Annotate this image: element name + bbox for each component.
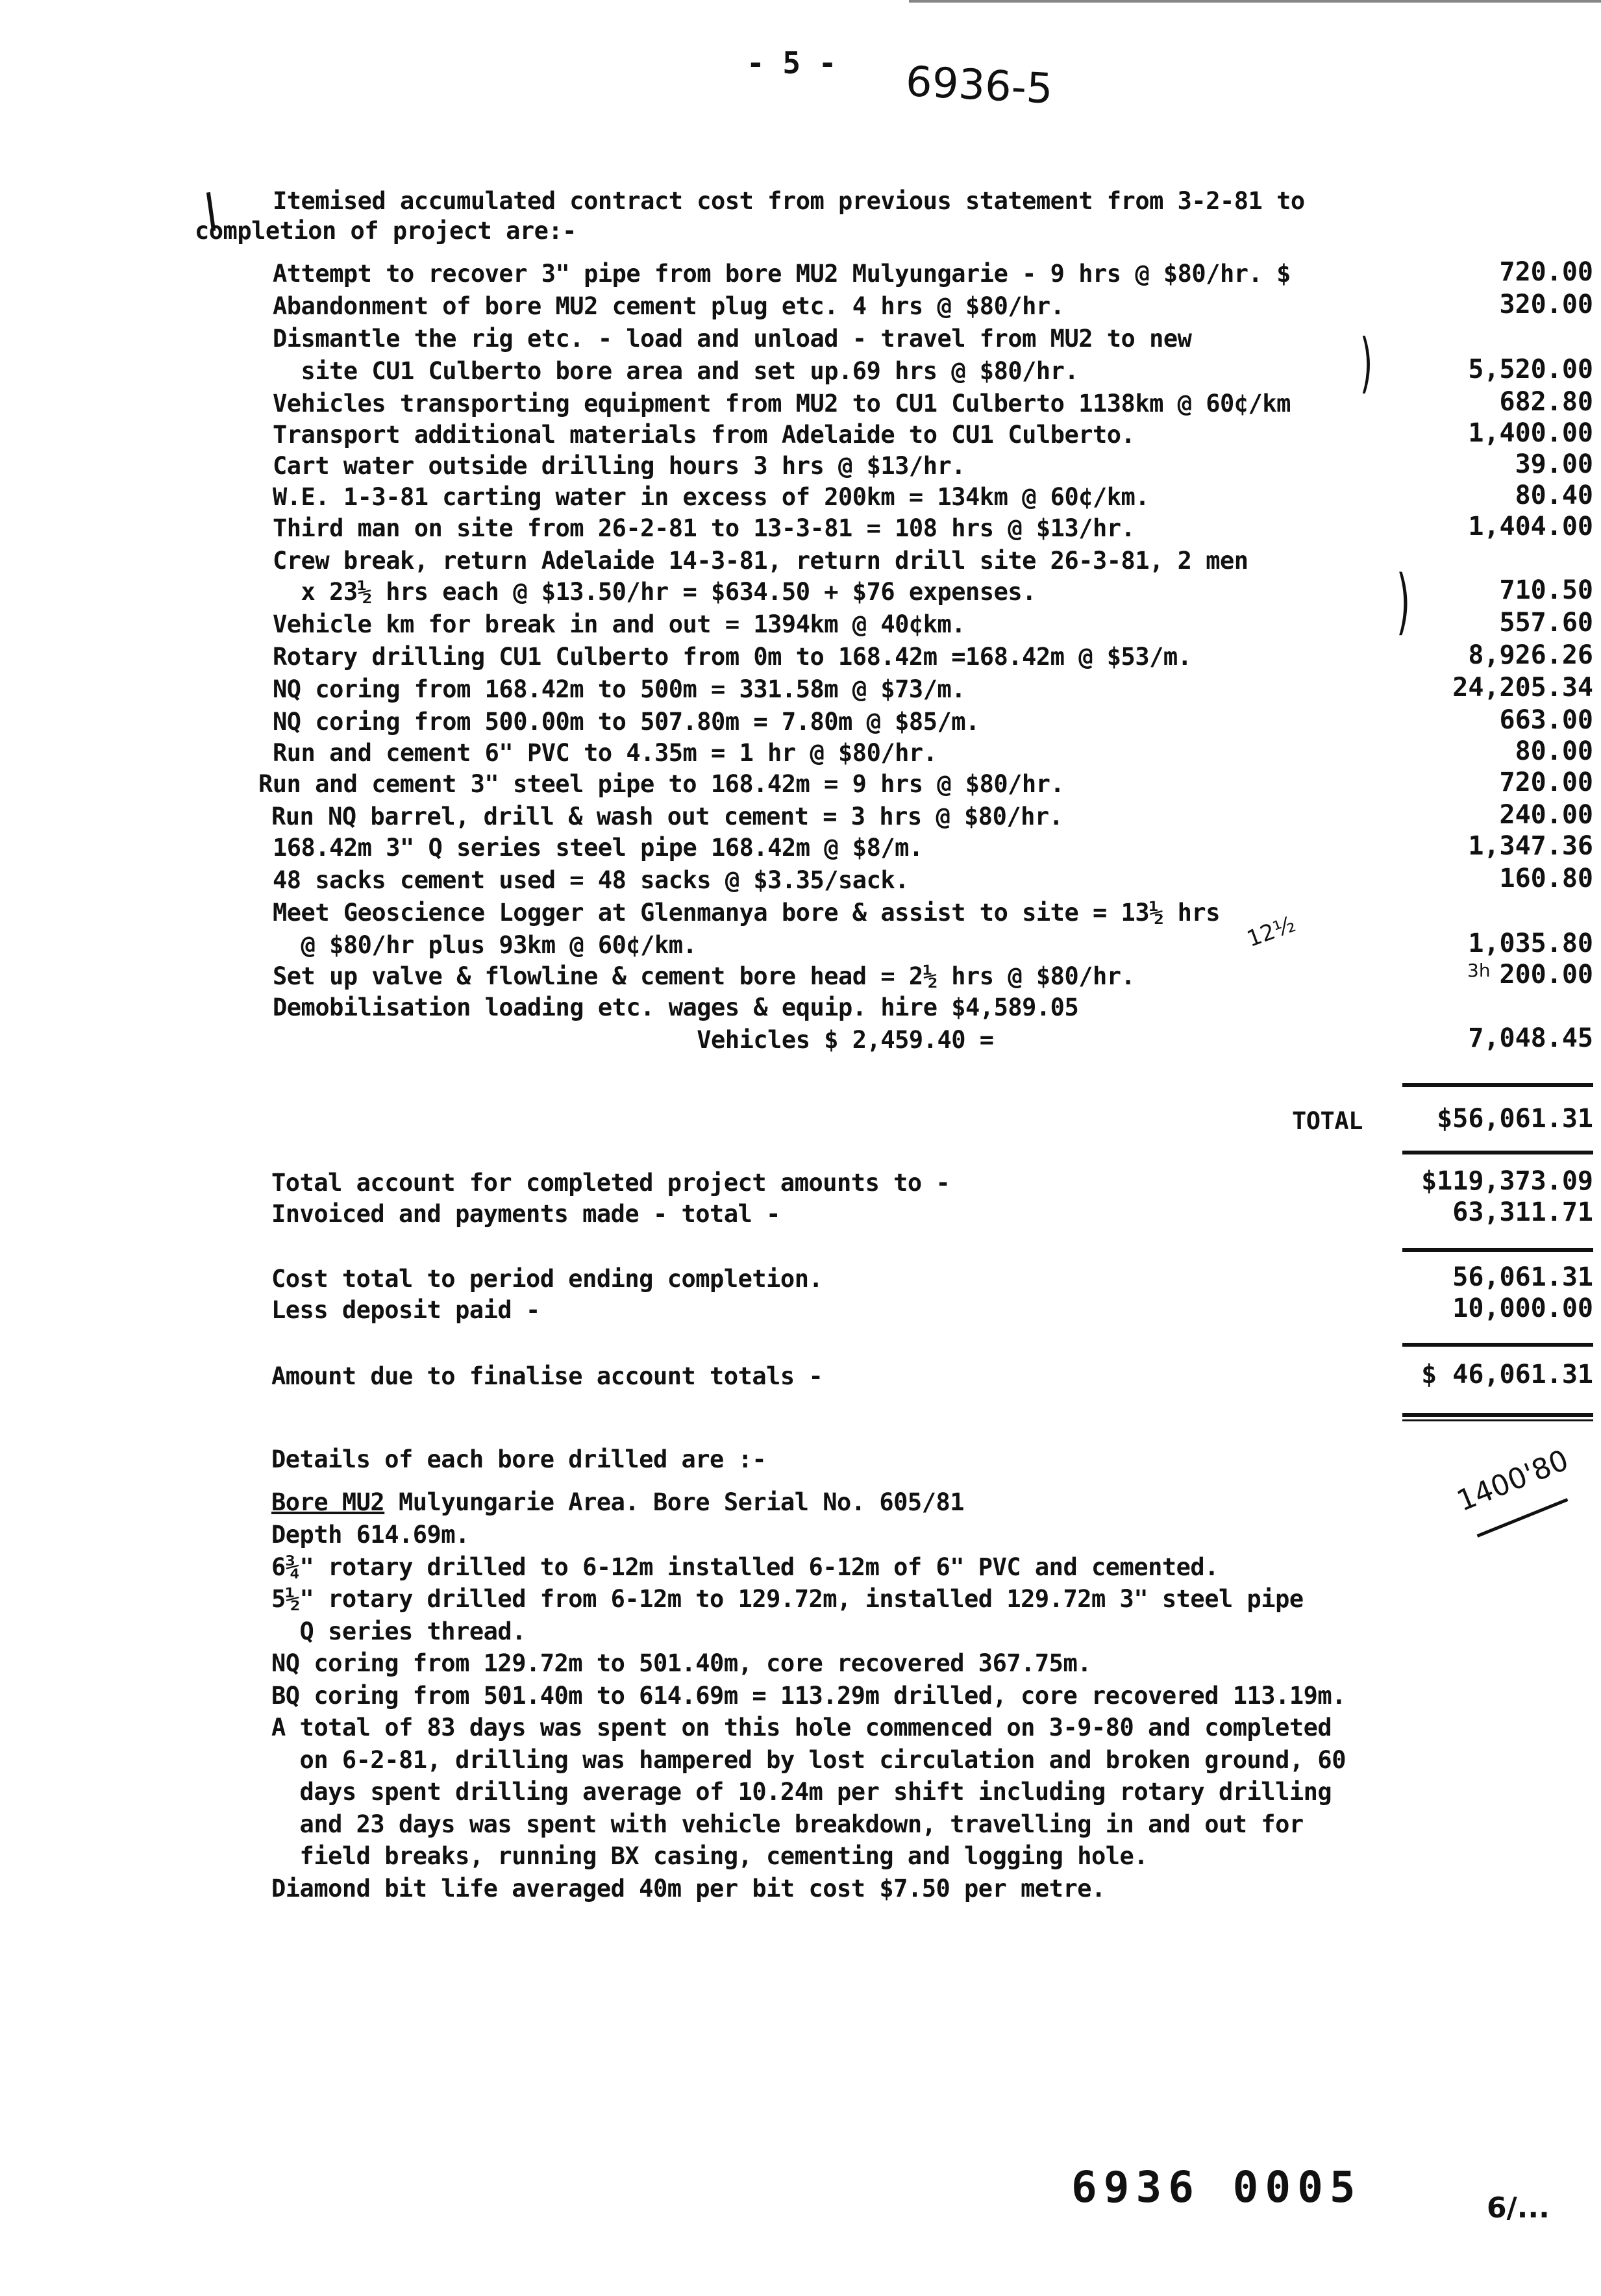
cost-item-description: Cart water outside drilling hours 3 hrs …	[273, 452, 965, 480]
cost-item-description: Vehicles transporting equipment from MU2…	[273, 390, 1291, 418]
bore-detail-line: and 23 days was spent with vehicle break…	[271, 1810, 1304, 1838]
summary-label: Less deposit paid -	[271, 1296, 540, 1324]
cost-item-amount: 5,520.00	[1468, 355, 1593, 384]
cost-item-description: Rotary drilling CU1 Culberto from 0m to …	[273, 643, 1191, 671]
document-stamp: 6936 0005	[1071, 2162, 1362, 2212]
document-page: - 5 - 6936-5 Itemised accumulated contra…	[0, 0, 1601, 2296]
cost-item-description: @ $80/hr plus 93km @ 60¢/km.	[273, 931, 697, 959]
cost-item-amount: 24,205.34	[1452, 673, 1593, 703]
cost-item-description: Crew break, return Adelaide 14-3-81, ret…	[273, 547, 1248, 575]
bore-area-serial: Mulyungarie Area. Bore Serial No. 605/81	[384, 1488, 964, 1516]
brace-right: )	[1360, 325, 1373, 401]
total-amount: $56,061.31	[1437, 1104, 1593, 1134]
intro-line-2: completion of project are:-	[195, 217, 577, 245]
bore-detail-line: 5½" rotary drilled from 6-12m to 129.72m…	[271, 1585, 1304, 1613]
summary-amount: 63,311.71	[1452, 1197, 1593, 1227]
handwritten-margin-note: 1400'80	[1452, 1443, 1573, 1518]
bore-detail-line: BQ coring from 501.40m to 614.69m = 113.…	[271, 1682, 1346, 1710]
cost-item-description: W.E. 1-3-81 carting water in excess of 2…	[273, 483, 1149, 511]
handwritten-reference: 6936-5	[904, 58, 1054, 114]
cost-item-description: Run and cement 3" steel pipe to 168.42m …	[258, 770, 1064, 798]
cost-item-description: site CU1 Culberto bore area and set up.6…	[273, 357, 1078, 385]
cost-item-amount: 39.00	[1515, 449, 1593, 479]
cost-item-description: NQ coring from 500.00m to 507.80m = 7.80…	[273, 708, 980, 736]
cost-item-amount: 240.00	[1500, 800, 1594, 830]
bore-detail-line: on 6-2-81, drilling was hampered by lost…	[271, 1746, 1346, 1774]
handwritten-note: 12½	[1243, 911, 1298, 953]
cost-item-amount: 720.00	[1500, 257, 1594, 287]
cost-item-description: Meet Geoscience Logger at Glenmanya bore…	[273, 899, 1220, 927]
summary-amount: $ 46,061.31	[1421, 1360, 1593, 1390]
bore-detail-line: NQ coring from 129.72m to 501.40m, core …	[271, 1649, 1091, 1677]
bore-detail-line: days spent drilling average of 10.24m pe…	[271, 1778, 1332, 1806]
summary-label: Total account for completed project amou…	[271, 1169, 950, 1197]
cost-item-description: Set up valve & flowline & cement bore he…	[273, 962, 1135, 990]
summary-label: Amount due to finalise account totals -	[271, 1362, 823, 1390]
cost-item-amount: 710.50	[1500, 575, 1594, 605]
cost-item-amount: 80.40	[1515, 480, 1593, 510]
cost-item-amount: 1,400.00	[1468, 418, 1593, 448]
continuation-marker: 6/...	[1487, 2191, 1550, 2225]
bore-id: Bore MU2	[271, 1488, 384, 1516]
bore-detail-line: field breaks, running BX casing, cementi…	[271, 1842, 1148, 1870]
cost-item-description: Abandonment of bore MU2 cement plug etc.…	[273, 292, 1064, 320]
summary-amount: 10,000.00	[1452, 1293, 1593, 1323]
cost-item-amount: 1,347.36	[1468, 831, 1593, 861]
bore-detail-line: Diamond bit life averaged 40m per bit co…	[271, 1875, 1106, 1903]
summary-label: Invoiced and payments made - total -	[271, 1200, 780, 1228]
cost-item-description: Demobilisation loading etc. wages & equi…	[273, 993, 1078, 1021]
cost-item-description: NQ coring from 168.42m to 500m = 331.58m…	[273, 675, 965, 703]
cost-item-amount: 1,404.00	[1468, 512, 1593, 542]
bore-detail-line: 6¾" rotary drilled to 6-12m installed 6-…	[271, 1553, 1219, 1581]
total-rule	[1402, 1083, 1593, 1087]
details-heading: Details of each bore drilled are :-	[271, 1445, 766, 1473]
total-label: TOTAL	[1292, 1107, 1363, 1135]
cost-item-amount: 7,048.45	[1468, 1023, 1593, 1053]
cost-item-description: Vehicle km for break in and out = 1394km…	[273, 610, 965, 638]
cost-item-amount: 8,926.26	[1468, 640, 1593, 670]
cost-item-description: Transport additional materials from Adel…	[273, 421, 1135, 449]
handwritten-note: 3h	[1467, 960, 1491, 981]
cost-item-description: x 23½ hrs each @ $13.50/hr = $634.50 + $…	[273, 578, 1036, 606]
cost-item-description: Attempt to recover 3" pipe from bore MU2…	[273, 260, 1291, 288]
cost-item-description: Dismantle the rig etc. - load and unload…	[273, 325, 1191, 353]
cost-item-amount: 720.00	[1500, 767, 1594, 797]
cost-item-amount: 160.80	[1500, 864, 1594, 893]
cost-item-description: Vehicles $ 2,459.40 =	[273, 1026, 994, 1054]
summary-amount: 56,061.31	[1452, 1262, 1593, 1292]
summary-rule	[1402, 1248, 1593, 1252]
total-double-rule	[1402, 1151, 1593, 1154]
page-number: - 5 -	[747, 45, 836, 81]
cost-item-description: 168.42m 3" Q series steel pipe 168.42m @…	[273, 834, 923, 862]
cost-item-description: Third man on site from 26-2-81 to 13-3-8…	[273, 514, 1135, 542]
cost-item-description: Run NQ barrel, drill & wash out cement =…	[271, 803, 1063, 830]
bore-detail-line: Q series thread.	[271, 1617, 526, 1645]
bore-detail-line: A total of 83 days was spent on this hol…	[271, 1714, 1332, 1741]
amount-due-double-rule	[1402, 1419, 1593, 1421]
cost-item-amount: 663.00	[1500, 705, 1594, 735]
summary-amount: $119,373.09	[1421, 1166, 1593, 1196]
cost-item-amount: 682.80	[1500, 387, 1594, 417]
bore-title: Bore MU2 Mulyungarie Area. Bore Serial N…	[271, 1488, 964, 1516]
bore-detail-line: Depth 614.69m.	[271, 1521, 469, 1549]
cost-item-amount: 1,035.80	[1468, 929, 1593, 958]
brace-right: )	[1396, 560, 1410, 643]
summary-label: Cost total to period ending completion.	[271, 1265, 823, 1293]
cost-item-amount: 80.00	[1515, 736, 1593, 766]
cost-item-description: Run and cement 6" PVC to 4.35m = 1 hr @ …	[273, 739, 937, 767]
intro-line-1: Itemised accumulated contract cost from …	[273, 187, 1305, 215]
amount-due-double-rule	[1402, 1413, 1593, 1417]
cost-item-amount: 557.60	[1500, 608, 1594, 638]
cost-item-description: 48 sacks cement used = 48 sacks @ $3.35/…	[273, 866, 909, 894]
cost-item-amount: 320.00	[1500, 290, 1594, 319]
summary-rule	[1402, 1343, 1593, 1347]
cost-item-amount: 200.00	[1500, 960, 1594, 990]
top-edge-line	[909, 0, 1601, 3]
